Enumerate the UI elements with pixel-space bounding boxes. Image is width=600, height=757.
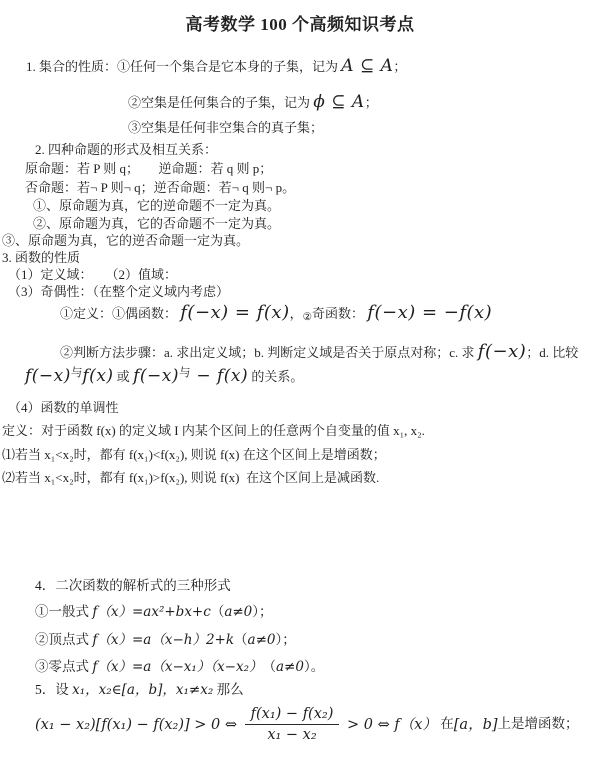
- text-segment: （4）函数的单调性: [8, 400, 119, 416]
- math-segment: [a，b]: [454, 716, 498, 734]
- math-segment: f(−x): [25, 366, 71, 387]
- text-segment: ）。: [304, 659, 324, 676]
- text-segment: 在: [437, 716, 454, 733]
- text-segment: 与: [179, 366, 191, 380]
- text-segment: ②判断方法步骤：a. 求出定义域；b. 判断定义域是否关于原点对称；c. 求: [60, 345, 478, 361]
- text-segment: 与: [71, 366, 83, 380]
- fraction-numerator: f(x₁) − f(x₂): [245, 705, 340, 725]
- line-parity-steps: ②判断方法步骤：a. 求出定义域；b. 判断定义域是否关于原点对称；c. 求 f…: [60, 341, 578, 364]
- text-segment: ①一般式: [35, 604, 92, 621]
- math-segment: f（x）=a（x−x₁）（x−x₂）: [92, 659, 262, 676]
- line-monotonic-equivalence: (x₁ − x₂)[f(x₁) − f(x₂)] > 0 ⇔ f(x₁) − f…: [35, 705, 579, 744]
- line-proposition-note-1: ①、原命题为真，它的逆命题不一定为真。: [33, 198, 280, 214]
- text-segment: 定义：对于函数 f(x) 的定义域 I 内某个区间上的任意两个自变量的值 x₁,…: [2, 423, 425, 439]
- line-set-property-1: 1. 集合的性质：①任何一个集合是它本身的子集，记为 A ⊆ A ；: [26, 56, 406, 77]
- math-segment: f(−x) = f(x): [180, 302, 289, 325]
- text-segment: ，: [290, 306, 303, 322]
- line-function-properties-heading: 3. 函数的性质: [2, 250, 80, 266]
- math-segment: f（x）: [394, 716, 437, 734]
- line-four-propositions-heading: 2. 四种命题的形式及相互关系：: [35, 142, 217, 158]
- text-segment: ③空集是任何非空集合的真子集；: [128, 120, 323, 136]
- math-segment: f（x）=ax²+bx+c: [92, 604, 210, 621]
- line-domain-range: （1）定义域： （2）值域：: [8, 267, 177, 283]
- line-proposition-note-2: ②、原命题为真，它的否命题不一定为真。: [33, 216, 280, 232]
- text-segment: ③、原命题为真，它的逆否命题一定为真。: [2, 233, 249, 249]
- line-proposition-note-3: ③、原命题为真，它的逆否命题一定为真。: [2, 233, 249, 249]
- line-decreasing-case: ⑵若当 x₁<x₂时，都有 f(x₁)>f(x₂), 则说 f(x) 在这个区间…: [2, 470, 379, 486]
- line-parity-heading: （3）奇偶性：（在整个定义域内考虑）: [8, 284, 229, 300]
- math-segment: a≠0: [224, 604, 252, 621]
- line-general-form: ①一般式 f（x）=ax²+bx+c （ a≠0 ）；: [35, 604, 273, 621]
- text-segment: 3. 函数的性质: [2, 250, 80, 266]
- text-segment: ②顶点式: [35, 632, 92, 649]
- line-parity-definition: ①定义：①偶函数： f(−x) = f(x) ， ② 奇函数： f(−x) = …: [60, 302, 492, 325]
- doc-title: 高考数学 100 个高频知识考点: [0, 10, 600, 35]
- text-segment: （: [234, 632, 248, 649]
- line-set-property-3: ③空集是任何非空集合的真子集；: [128, 120, 323, 136]
- math-segment: f(x): [82, 366, 113, 387]
- math-segment: ϕ ⊆ A: [313, 92, 364, 113]
- document-page: 高考数学 100 个高频知识考点 1. 集合的性质：①任何一个集合是它本身的子集…: [0, 0, 600, 757]
- text-segment: （: [211, 604, 225, 621]
- text-segment: ⑴若当 x₁<x₂时，都有 f(x₁)<f(x₂), 则说 f(x) 在这个区间…: [2, 447, 386, 463]
- math-segment: f（x）=a（x−h）2+k: [92, 632, 234, 649]
- math-segment: A ⊆ A: [341, 56, 393, 77]
- text-segment: 上是增函数；: [498, 716, 579, 733]
- text-segment: 否命题：若¬ P 则¬ q；逆否命题：若¬ q 则¬ p。: [25, 180, 295, 196]
- text-segment: 或: [114, 369, 134, 385]
- math-segment: f(−x): [478, 341, 526, 364]
- line-negation-contrapositive: 否命题：若¬ P 则¬ q；逆否命题：若¬ q 则¬ p。: [25, 180, 295, 196]
- text-segment: 5．设: [35, 682, 72, 699]
- circled-two-marker: ②: [303, 311, 312, 324]
- line-vertex-form: ②顶点式 f（x）=a（x−h）2+k （ a≠0 ）；: [35, 632, 296, 649]
- line-interval-setup: 5．设 x₁，x₂∈[a，b]，x₁≠x₂ 那么: [35, 682, 244, 699]
- text-segment: ；: [365, 95, 378, 111]
- math-segment: x₁，x₂∈[a，b]，x₁≠x₂: [72, 682, 213, 699]
- line-monotonicity-heading: （4）函数的单调性: [8, 400, 119, 416]
- math-segment: f(−x) = −f(x): [367, 302, 492, 325]
- line-set-property-2: ②空集是任何集合的子集，记为 ϕ ⊆ A ；: [128, 92, 378, 113]
- text-segment: ②、原命题为真，它的否命题不一定为真。: [33, 216, 280, 232]
- math-segment: − f(x): [190, 366, 248, 387]
- text-segment: 奇函数：: [312, 306, 367, 322]
- math-segment: a≠0: [248, 632, 276, 649]
- line-monotonicity-definition: 定义：对于函数 f(x) 的定义域 I 内某个区间上的任意两个自变量的值 x₁,…: [2, 423, 425, 439]
- text-segment: 2. 四种命题的形式及相互关系：: [35, 142, 217, 158]
- line-increasing-case: ⑴若当 x₁<x₂时，都有 f(x₁)<f(x₂), 则说 f(x) 在这个区间…: [2, 447, 386, 463]
- text-segment: （3）奇偶性：（在整个定义域内考虑）: [8, 284, 229, 300]
- text-segment: ②空集是任何集合的子集，记为: [128, 95, 313, 111]
- math-segment: (x₁ − x₂)[f(x₁) − f(x₂)] > 0 ⇔: [35, 716, 242, 734]
- text-segment: 那么: [213, 682, 243, 699]
- text-segment: ①、原命题为真，它的逆命题不一定为真。: [33, 198, 280, 214]
- text-segment: ）；: [276, 632, 296, 649]
- line-quadratic-heading: 4．二次函数的解析式的三种形式: [35, 578, 231, 595]
- line-parity-compare: f(−x) 与 f(x) 或 f(−x) 与 − f(x) 的关系。: [25, 366, 303, 387]
- math-segment: > 0 ⇔: [342, 716, 394, 734]
- text-segment: ①定义：①偶函数：: [60, 306, 180, 322]
- text-segment: ；d. 比较: [526, 345, 578, 361]
- line-zero-form: ③零点式 f（x）=a（x−x₁）（x−x₂） （ a≠0 ）。: [35, 659, 324, 676]
- text-segment: ⑵若当 x₁<x₂时，都有 f(x₁)>f(x₂), 则说 f(x) 在这个区间…: [2, 470, 379, 486]
- text-segment: 原命题：若 P 则 q； 逆命题：若 q 则 p；: [25, 161, 272, 177]
- text-segment: 4．二次函数的解析式的三种形式: [35, 578, 231, 595]
- math-segment: a≠0: [276, 659, 304, 676]
- fraction-denominator: x₁ − x₂: [267, 725, 316, 744]
- text-segment: ③零点式: [35, 659, 92, 676]
- text-segment: （: [263, 659, 277, 676]
- text-segment: （1）定义域： （2）值域：: [8, 267, 177, 283]
- text-segment: ；: [393, 59, 406, 75]
- math-segment: f(−x): [133, 366, 179, 387]
- fraction: f(x₁) − f(x₂) x₁ − x₂: [245, 705, 340, 744]
- text-segment: 1. 集合的性质：①任何一个集合是它本身的子集，记为: [26, 59, 341, 75]
- text-segment: ）；: [252, 604, 272, 621]
- line-original-converse: 原命题：若 P 则 q； 逆命题：若 q 则 p；: [25, 161, 272, 177]
- text-segment: 的关系。: [248, 369, 303, 385]
